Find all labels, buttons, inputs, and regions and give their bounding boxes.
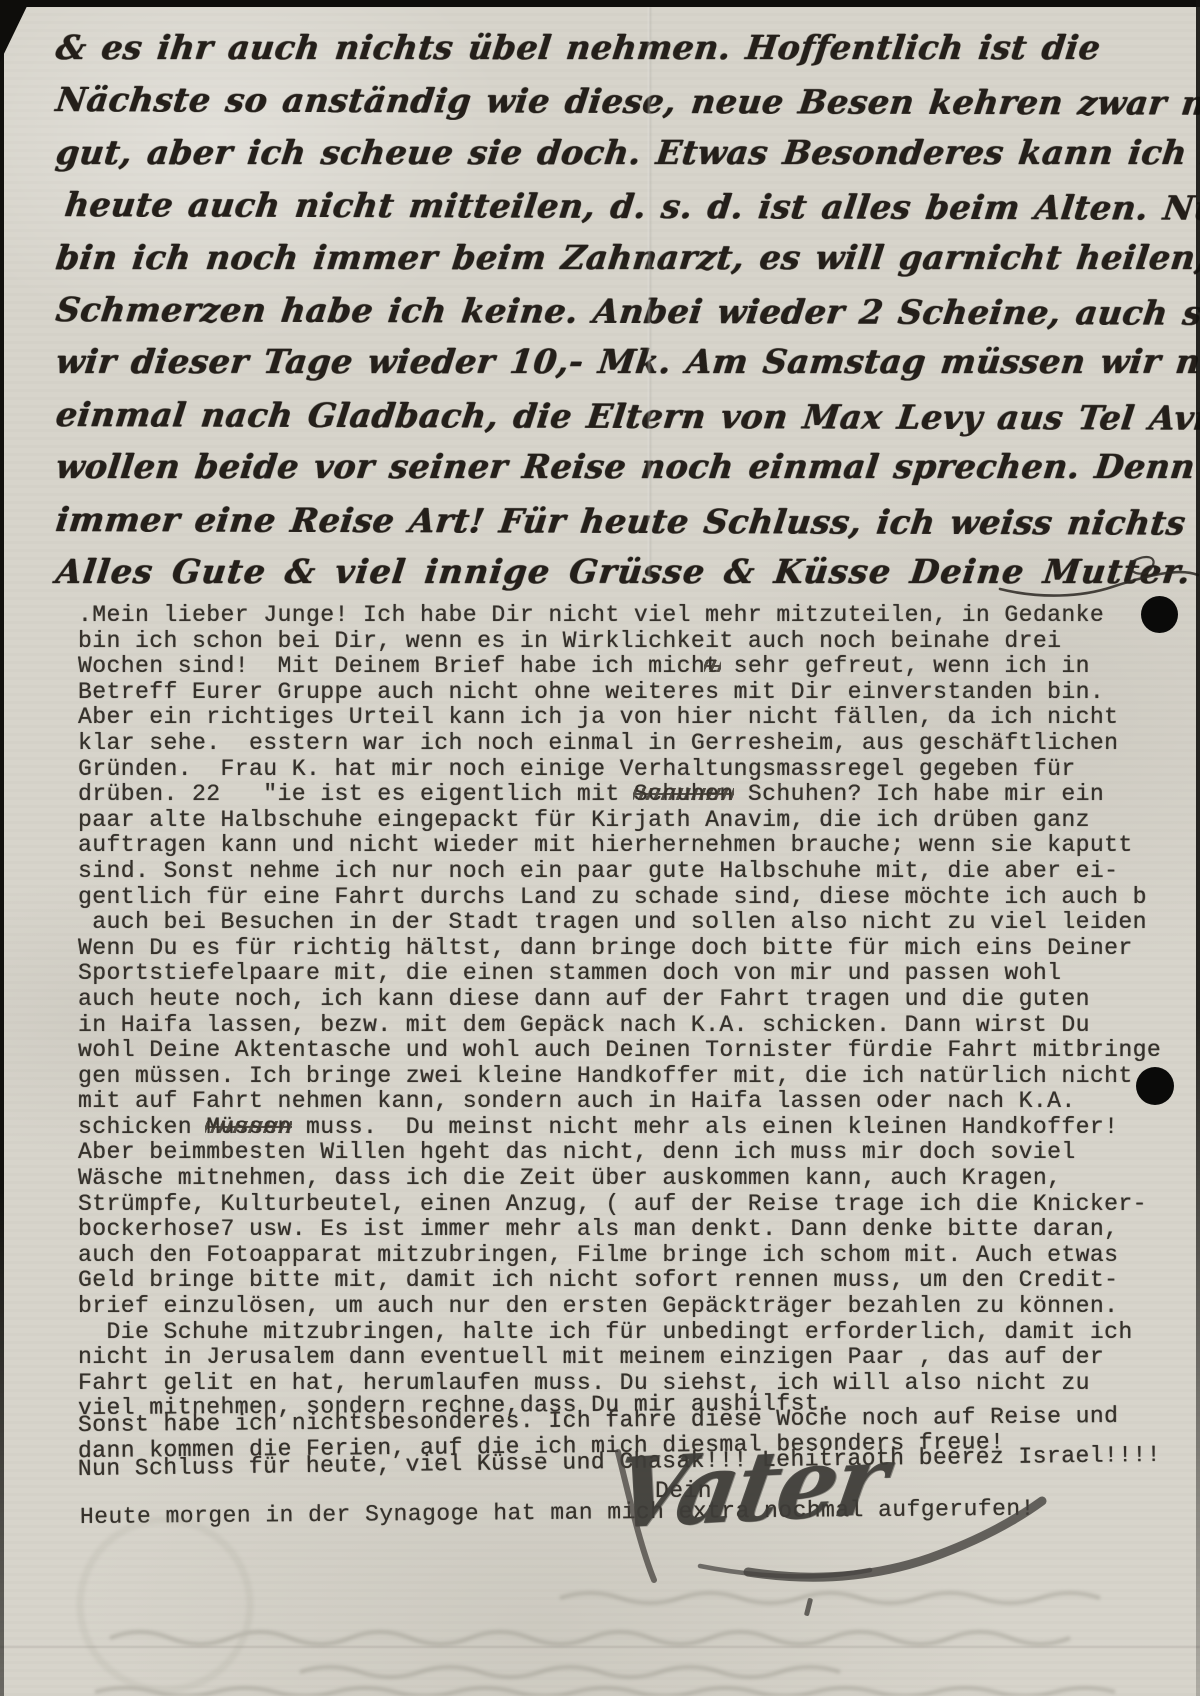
fold-crease-horizontal — [0, 1646, 1200, 1648]
handwritten-line: wollen beide vor seiner Reise noch einma… — [53, 441, 1179, 493]
fold-crease-vertical — [648, 7, 651, 582]
typed-line: Aber beimmbesten Willen hgeht das nicht,… — [78, 1140, 1178, 1166]
scanned-letter-page: & es ihr auch nichts übel nehmen. Hoffen… — [0, 0, 1200, 1696]
typed-line: Die Schuhe mitzubringen, halte ich für u… — [78, 1320, 1178, 1346]
typed-line: bin ich schon bei Dir, wenn es in Wirkli… — [78, 629, 1178, 655]
typed-line: in Haifa lassen, bezw. mit dem Gepäck na… — [78, 1013, 1178, 1039]
hole-punch-dot — [1136, 1067, 1174, 1105]
typed-line: paar alte Halbschuhe eingepackt für Kirj… — [78, 808, 1178, 834]
handwritten-line: Alles Gute & viel innige Grüsse & Küsse … — [53, 546, 1179, 598]
typed-line: Gründen. Frau K. hat mir noch einige Ver… — [78, 757, 1178, 783]
handwritten-line: einmal nach Gladbach, die Eltern von Max… — [53, 389, 1179, 445]
overstrike-mark — [704, 660, 721, 672]
scan-corner-wedge — [0, 0, 30, 62]
handwritten-line: immer eine Reise Art! Für heute Schluss,… — [53, 494, 1179, 550]
typed-line: wohl Deine Aktentasche und wohl auch Dei… — [78, 1038, 1178, 1064]
handwritten-section: & es ihr auch nichts übel nehmen. Hoffen… — [56, 22, 1176, 598]
scan-edge-right — [1196, 0, 1200, 1696]
typed-line: Geld bringe bitte mit, damit ich nicht s… — [78, 1268, 1178, 1294]
typed-letter-body: .Mein lieber Junge! Ich habe Dir nicht v… — [78, 603, 1178, 1483]
typed-line: Wochen sind! Mit Deinem Brief habe ich m… — [78, 654, 1178, 680]
typed-line: gen müssen. Ich bringe zwei kleine Handk… — [78, 1064, 1178, 1090]
scan-edge-left — [0, 0, 4, 1696]
typed-line: drüben. 22 "ie ist es eigentlich mit Sch… — [78, 782, 1178, 808]
typed-line: auftragen kann und nicht wieder mit hier… — [78, 833, 1178, 859]
typed-line: bockerhose7 usw. Es ist immer mehr als m… — [78, 1217, 1178, 1243]
typed-line: Wenn Du es für richtig hältst, dann brin… — [78, 936, 1178, 962]
signature-vater: Vater — [606, 1423, 893, 1551]
typed-line: gentlich für eine Fahrt durchs Land zu s… — [78, 885, 1178, 911]
typed-line: Sportstiefelpaare mit, die einen stammen… — [78, 961, 1178, 987]
typed-line: Wäsche mitnehmen, dass ich die Zeit über… — [78, 1166, 1178, 1192]
overstrike-mark — [205, 1121, 292, 1133]
typed-line: mit auf Fahrt nehmen kann, sondern auch … — [78, 1089, 1178, 1115]
stray-pen-tick — [804, 1598, 813, 1617]
typed-line: klar sehe. esstern war ich noch einmal i… — [78, 731, 1178, 757]
handwritten-line: bin ich noch immer beim Zahnarzt, es wil… — [53, 232, 1179, 284]
handwritten-line: Schmerzen habe ich keine. Anbei wieder 2… — [53, 284, 1179, 340]
typed-line: Aber ein richtiges Urteil kann ich ja vo… — [78, 705, 1178, 731]
typed-line: auch den Fotoapparat mitzubringen, Filme… — [78, 1243, 1178, 1269]
hole-punch-dot — [1141, 596, 1178, 633]
typed-line: auch heute noch, ich kann diese dann auf… — [78, 987, 1178, 1013]
scan-edge-top — [0, 0, 1200, 7]
handwritten-line: & es ihr auch nichts übel nehmen. Hoffen… — [53, 22, 1179, 74]
typed-line: brief einzulösen, um auch nur den ersten… — [78, 1294, 1178, 1320]
typed-line: Betreff Eurer Gruppe auch nicht ohne wei… — [78, 680, 1178, 706]
handwritten-line: wir dieser Tage wieder 10,- Mk. Am Samst… — [53, 336, 1179, 388]
postscript-line: Heute morgen in der Synagoge hat man mic… — [80, 1496, 1035, 1530]
typed-line: sind. Sonst nehme ich nur noch ein paar … — [78, 859, 1178, 885]
handwritten-line: heute auch nicht mitteilen, d. s. d. ist… — [53, 179, 1179, 235]
typed-line: auch bei Besuchen in der Stadt tragen un… — [78, 910, 1178, 936]
typed-line: .Mein lieber Junge! Ich habe Dir nicht v… — [78, 603, 1178, 629]
typed-line: Strümpfe, Kulturbeutel, einen Anzug, ( a… — [78, 1192, 1178, 1218]
typed-line: nicht in Jerusalem dann eventuell mit me… — [78, 1345, 1178, 1371]
handwritten-line: gut, aber ich scheue sie doch. Etwas Bes… — [53, 127, 1179, 179]
overstrike-mark — [633, 788, 734, 800]
handwritten-line: Nächste so anständig wie diese, neue Bes… — [53, 74, 1179, 130]
